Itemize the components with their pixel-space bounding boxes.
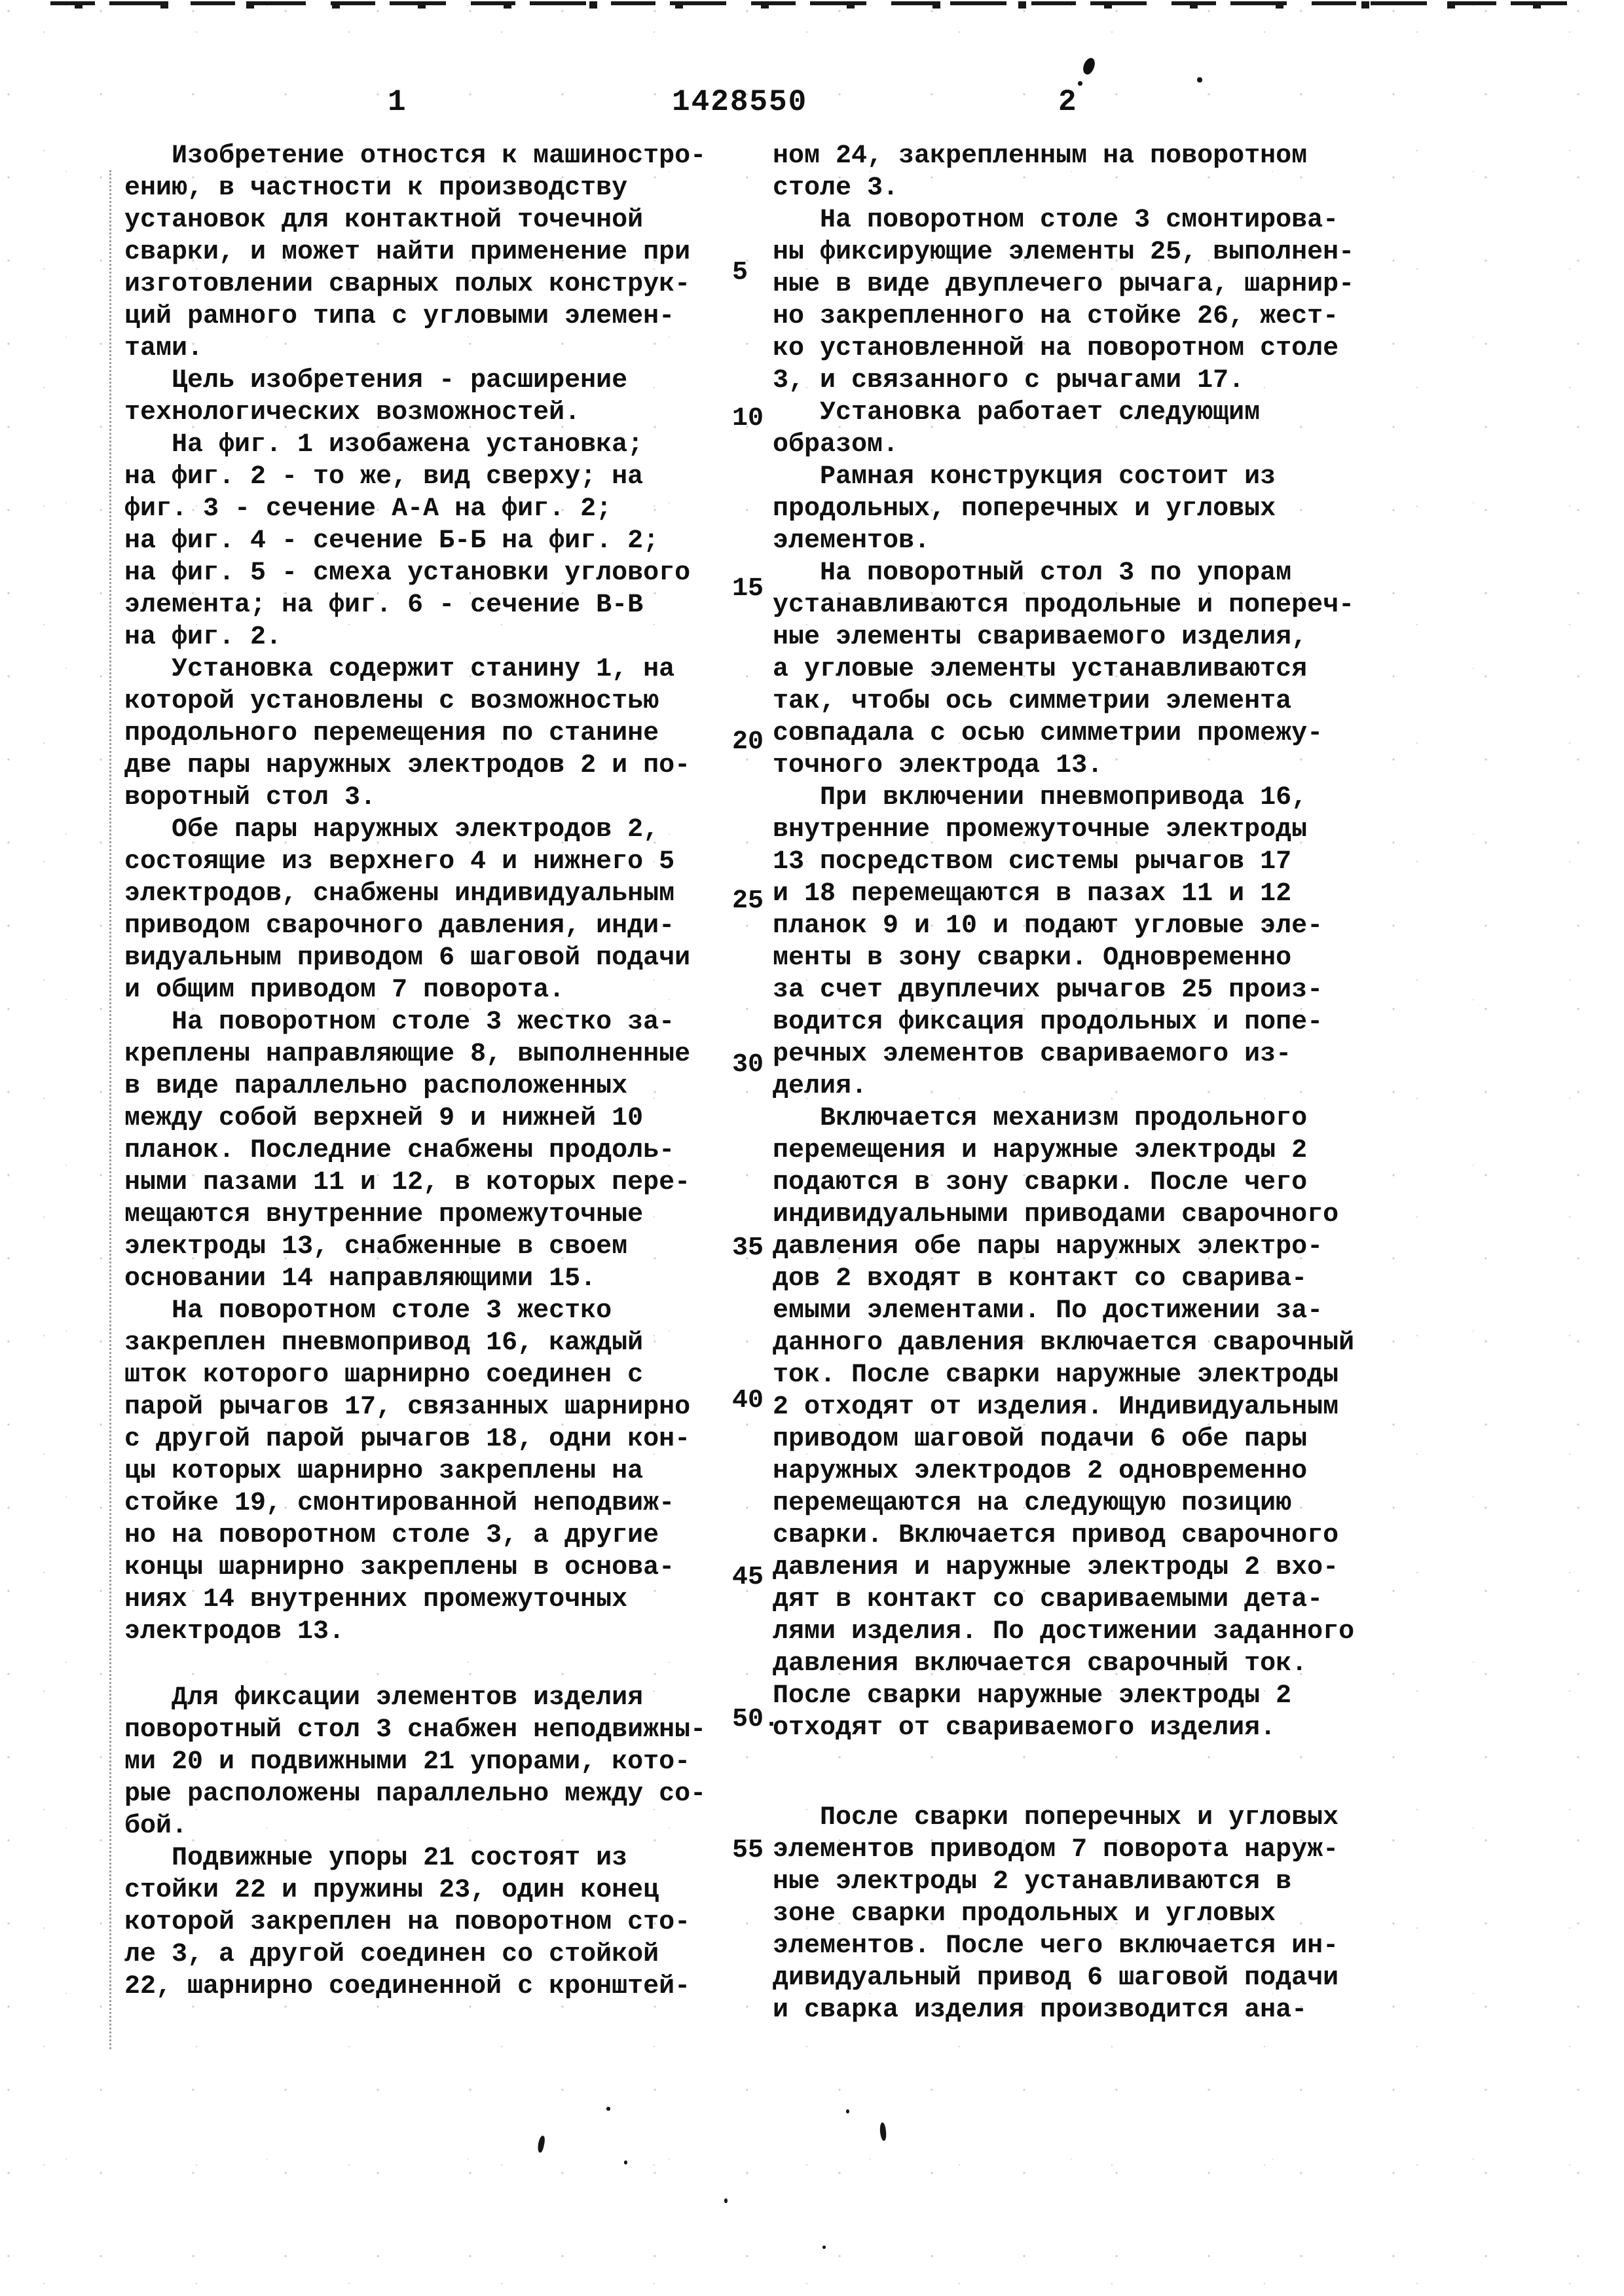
paragraph: На фиг. 1 изобажена установка; на фиг. 2… xyxy=(124,429,733,653)
paragraph: После сварки поперечных и угловых элемен… xyxy=(773,1802,1382,2026)
paragraph: Подвижные упоры 21 состоят из стойки 22 … xyxy=(124,1842,733,2003)
scan-artifact-fold-dotted-line xyxy=(109,170,111,2049)
scan-artifact-speck xyxy=(724,2198,728,2203)
paragraph: На поворотном столе 3 жестко закреплен п… xyxy=(124,1295,733,1648)
scan-artifact-speck xyxy=(606,2107,610,2111)
paragraph: На поворотном столе 3 смонтирова- ны фик… xyxy=(773,204,1382,397)
paragraph: Включается механизм продольного перемеще… xyxy=(773,1102,1382,1744)
scan-artifact-top-edge-dashes xyxy=(50,1,1570,9)
paragraph: На поворотный стол 3 по упорам устанавли… xyxy=(773,557,1382,782)
scan-artifact-speck xyxy=(822,2246,826,2249)
scan-artifact-speck xyxy=(846,2109,849,2113)
page-number-left: 1 xyxy=(388,85,407,119)
paragraph: При включении пневмопривода 16, внутренн… xyxy=(773,782,1382,1102)
paragraph: Для фиксации элементов изделия поворотны… xyxy=(124,1682,733,1842)
scan-artifact-speck xyxy=(624,2160,627,2164)
scan-artifact-speck xyxy=(1078,81,1082,86)
left-text-column: Изобретение отностся к машиностро- ению,… xyxy=(124,140,733,2003)
scan-artifact-speck xyxy=(879,2123,887,2141)
page-number-right: 2 xyxy=(1058,85,1078,119)
patent-number: 1428550 xyxy=(672,85,807,119)
scan-artifact-speck xyxy=(1197,77,1202,82)
paragraph: ном 24, закрепленным на поворотном столе… xyxy=(773,140,1382,204)
scan-artifact-speck xyxy=(536,2135,545,2153)
scan-artifact-pen-mark xyxy=(1080,56,1098,76)
paragraph: Обе пары наружных электродов 2, состоящи… xyxy=(124,814,733,1006)
paragraph: Цель изобретения - расширение технологич… xyxy=(124,365,733,429)
patent-scan-page: 1 1428550 2 5 10 15 20 25 30 35 40 45 50… xyxy=(0,0,1624,2296)
paragraph: Установка работает следующим образом. xyxy=(773,397,1382,461)
right-text-column: ном 24, закрепленным на поворотном столе… xyxy=(773,140,1382,2026)
paragraph: Установка содержит станину 1, на которой… xyxy=(124,653,733,814)
paragraph: Изобретение отностся к машиностро- ению,… xyxy=(124,140,733,365)
paragraph: Рамная конструкция состоит из продольных… xyxy=(773,461,1382,557)
paragraph: На поворотном столе 3 жестко за- креплен… xyxy=(124,1006,733,1295)
